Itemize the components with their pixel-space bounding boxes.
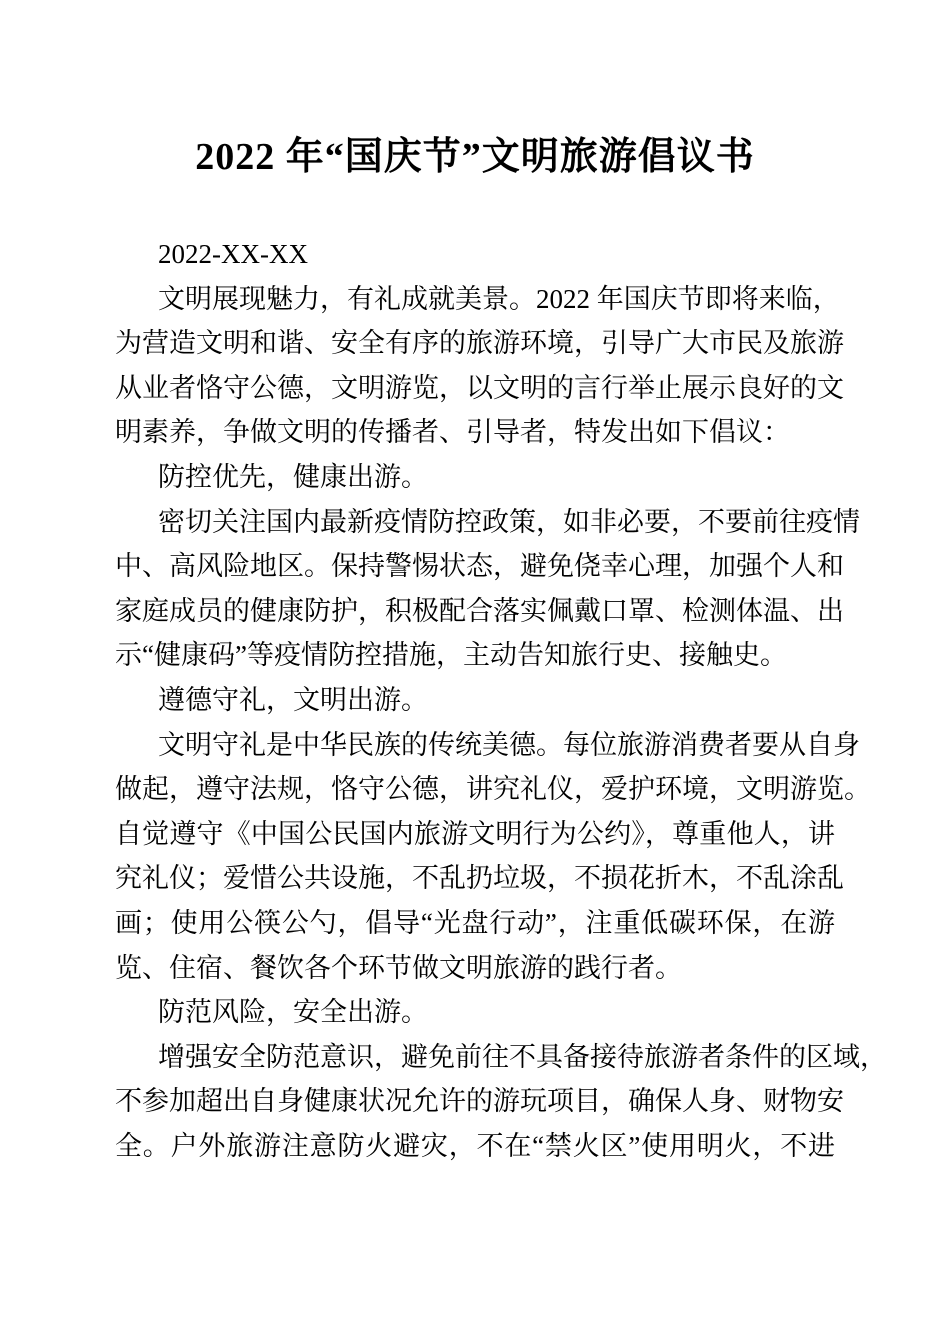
- document-page: 2022 年“国庆节”文明旅游倡议书 2022-XX-XX 文明展现魅力，有礼成…: [0, 0, 950, 1344]
- document-line: 览、住宿、餐饮各个环节做文明旅游的践行者。: [115, 946, 835, 991]
- paragraph: 文明守礼是中华民族的传统美德。每位旅游消费者要从自身 做起，遵守法规，恪守公德，…: [115, 723, 835, 991]
- document-line: 究礼仪；爱惜公共设施，不乱扔垃圾，不损花折木，不乱涂乱: [115, 856, 835, 901]
- document-line: 示“健康码”等疫情防控措施，主动告知旅行史、接触史。: [115, 633, 835, 678]
- document-line: 防控优先，健康出游。: [115, 455, 835, 500]
- document-line: 做起，遵守法规，恪守公德，讲究礼仪，爱护环境，文明游览。: [115, 767, 835, 812]
- document-line: 文明守礼是中华民族的传统美德。每位旅游消费者要从自身: [115, 723, 835, 768]
- document-title: 2022 年“国庆节”文明旅游倡议书: [40, 135, 910, 179]
- document-line: 从业者恪守公德，文明游览，以文明的言行举止展示良好的文: [115, 366, 835, 411]
- paragraph: 增强安全防范意识，避免前往不具备接待旅游者条件的区域， 不参加超出自身健康状况允…: [115, 1035, 835, 1169]
- paragraph: 文明展现魅力，有礼成就美景。2022 年国庆节即将来临， 为营造文明和谐、安全有…: [115, 277, 835, 455]
- document-line: 不参加超出自身健康状况允许的游玩项目，确保人身、财物安: [115, 1079, 835, 1124]
- paragraph: 防范风险，安全出游。: [115, 990, 835, 1035]
- document-line: 为营造文明和谐、安全有序的旅游环境，引导广大市民及旅游: [115, 321, 835, 366]
- document-line: 画；使用公筷公勺，倡导“光盘行动”，注重低碳环保，在游: [115, 901, 835, 946]
- document-line: 防范风险，安全出游。: [115, 990, 835, 1035]
- paragraph: 密切关注国内最新疫情防控政策，如非必要，不要前往疫情 中、高风险地区。保持警惕状…: [115, 500, 835, 678]
- document-body: 2022-XX-XX 文明展现魅力，有礼成就美景。2022 年国庆节即将来临， …: [115, 232, 835, 1168]
- document-line: 增强安全防范意识，避免前往不具备接待旅游者条件的区域，: [115, 1035, 835, 1080]
- paragraph: 防控优先，健康出游。: [115, 455, 835, 500]
- document-date: 2022-XX-XX: [115, 232, 835, 277]
- document-line: 明素养，争做文明的传播者、引导者，特发出如下倡议：: [115, 410, 835, 455]
- document-line: 文明展现魅力，有礼成就美景。2022 年国庆节即将来临，: [115, 277, 835, 322]
- document-line: 家庭成员的健康防护，积极配合落实佩戴口罩、检测体温、出: [115, 589, 835, 634]
- document-line: 自觉遵守《中国公民国内旅游文明行为公约》，尊重他人，讲: [115, 812, 835, 857]
- document-line: 密切关注国内最新疫情防控政策，如非必要，不要前往疫情: [115, 500, 835, 545]
- paragraph: 遵德守礼，文明出游。: [115, 678, 835, 723]
- document-line: 中、高风险地区。保持警惕状态，避免侥幸心理，加强个人和: [115, 544, 835, 589]
- document-line: 遵德守礼，文明出游。: [115, 678, 835, 723]
- document-line: 全。户外旅游注意防火避灾，不在“禁火区”使用明火，不进: [115, 1124, 835, 1169]
